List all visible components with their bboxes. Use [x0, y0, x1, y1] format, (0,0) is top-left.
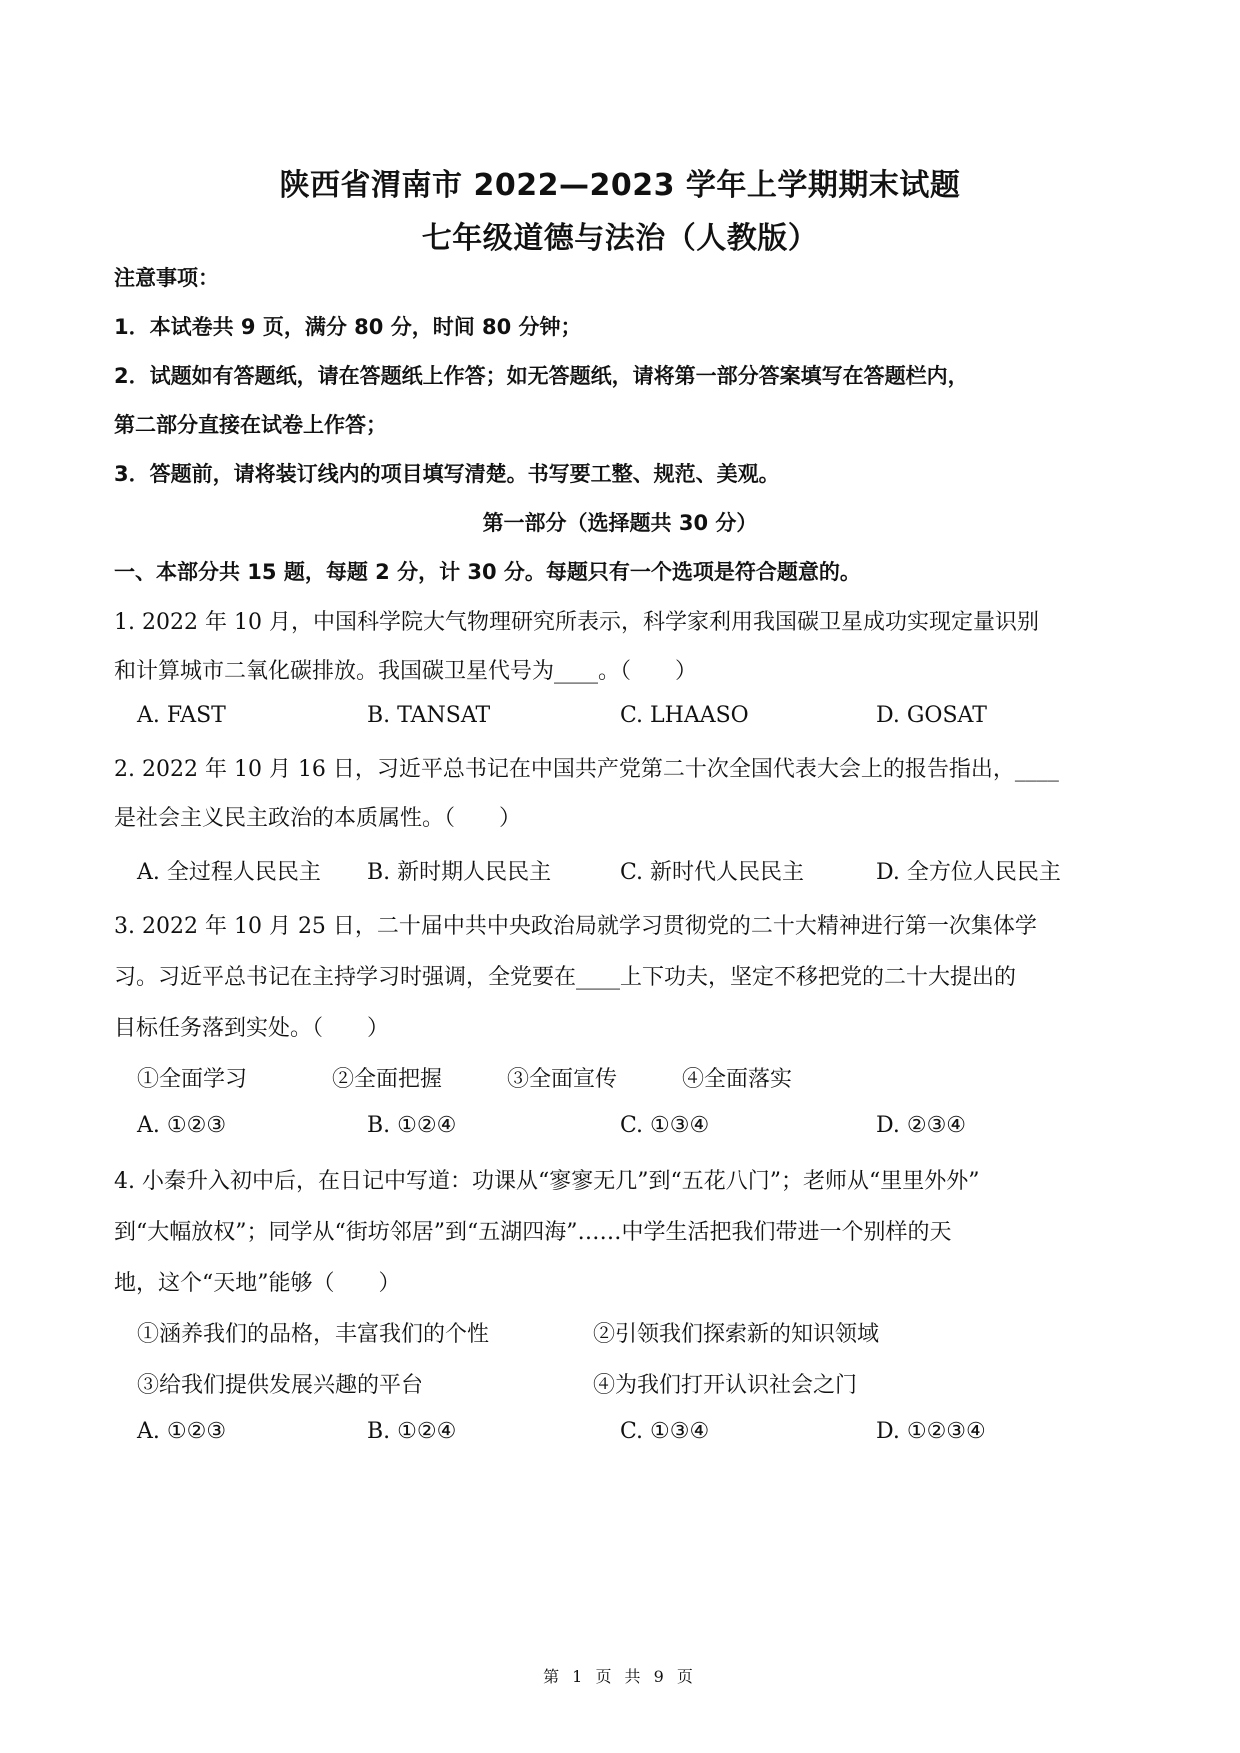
notice-item: 3．答题前，请将装订线内的项目填写清楚。书写要工整、规范、美观。: [114, 458, 780, 488]
question-text: 到“大幅放权”；同学从“街坊邻居”到“五湖四海”……中学生活把我们带进一个别样的…: [114, 1215, 952, 1246]
question-text: 2. 2022 年 10 月 16 日，习近平总书记在中国共产党第二十次全国代表…: [114, 752, 1059, 783]
statement: ②全面把握: [332, 1062, 442, 1093]
option-c: C. 新时代人民民主: [620, 855, 804, 886]
option-d: D. ①②③④: [876, 1419, 986, 1444]
notice-item: 第二部分直接在试卷上作答；: [114, 409, 387, 439]
option-b: B. 新时期人民民主: [367, 855, 551, 886]
option-a: A. ①②③: [137, 1419, 226, 1444]
statement: ④为我们打开认识社会之门: [593, 1368, 857, 1399]
notice-item: 2．试题如有答题纸，请在答题纸上作答；如无答题纸，请将第一部分答案填写在答题栏内…: [114, 360, 969, 390]
option-c: C. LHAASO: [620, 703, 749, 728]
statement: ②引领我们探索新的知识领域: [593, 1317, 879, 1348]
exam-title: 陕西省渭南市 2022—2023 学年上学期期末试题: [0, 160, 1240, 204]
option-b: B. TANSAT: [367, 703, 490, 728]
statement: ③给我们提供发展兴趣的平台: [137, 1368, 423, 1399]
page-number: 第 1 页 共 9 页: [0, 1664, 1240, 1687]
question-text: 和计算城市二氧化碳排放。我国碳卫星代号为____。（ ）: [114, 654, 697, 685]
option-d: D. GOSAT: [876, 703, 987, 728]
exam-subtitle: 七年级道德与法治（人教版）: [0, 213, 1240, 257]
question-text: 地，这个“天地”能够（ ）: [114, 1266, 401, 1297]
option-a: A. 全过程人民民主: [137, 855, 321, 886]
option-a: A. FAST: [137, 703, 226, 728]
option-d: D. ②③④: [876, 1113, 966, 1138]
statement: ④全面落实: [682, 1062, 792, 1093]
option-c: C. ①③④: [620, 1113, 709, 1138]
statement: ①全面学习: [137, 1062, 247, 1093]
part-instruction: 一、本部分共 15 题，每题 2 分，计 30 分。每题只有一个选项是符合题意的…: [114, 556, 861, 586]
question-text: 3. 2022 年 10 月 25 日，二十届中共中央政治局就学习贯彻党的二十大…: [114, 909, 1037, 940]
part-title: 第一部分（选择题共 30 分）: [0, 507, 1240, 537]
option-b: B. ①②④: [367, 1419, 456, 1444]
notice-item: 1．本试卷共 9 页，满分 80 分，时间 80 分钟；: [114, 311, 582, 341]
question-text: 习。习近平总书记在主持学习时强调，全党要在____上下功夫，坚定不移把党的二十大…: [114, 960, 1016, 991]
question-text: 目标任务落到实处。（ ）: [114, 1011, 389, 1042]
option-d: D. 全方位人民民主: [876, 855, 1061, 886]
option-c: C. ①③④: [620, 1419, 709, 1444]
statement: ③全面宣传: [507, 1062, 617, 1093]
notice-heading: 注意事项：: [114, 262, 219, 292]
question-text: 是社会主义民主政治的本质属性。（ ）: [114, 801, 521, 832]
statement: ①涵养我们的品格，丰富我们的个性: [137, 1317, 489, 1348]
option-b: B. ①②④: [367, 1113, 456, 1138]
question-text: 4. 小秦升入初中后，在日记中写道：功课从“寥寥无几”到“五花八门”；老师从“里…: [114, 1164, 979, 1195]
question-text: 1. 2022 年 10 月，中国科学院大气物理研究所表示，科学家利用我国碳卫星…: [114, 605, 1039, 636]
option-a: A. ①②③: [137, 1113, 226, 1138]
